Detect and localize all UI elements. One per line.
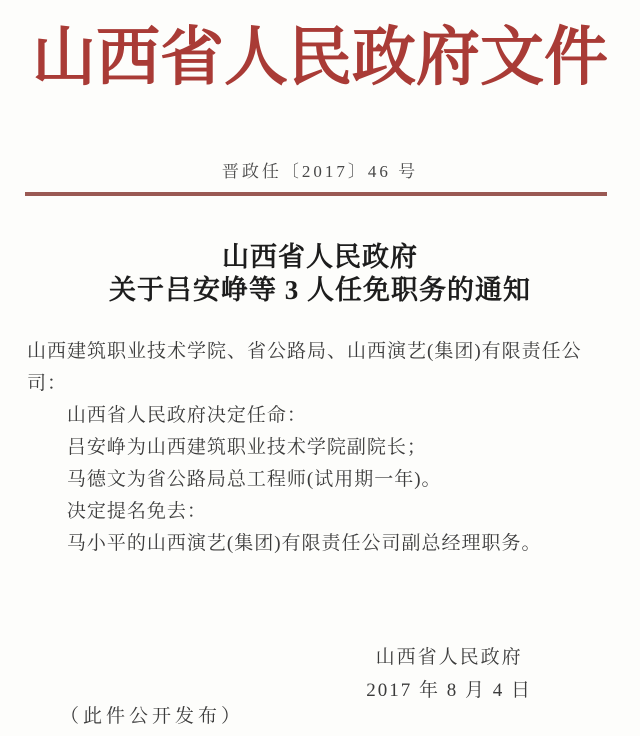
signature-block: 山西省人民政府 2017 年 8 月 4 日	[366, 641, 532, 707]
document-page: 山西省人民政府文件 晋政任〔2017〕46 号 山西省人民政府 关于吕安峥等 3…	[0, 0, 640, 736]
body-paragraph-appointment-intro: 山西省人民政府决定任命：	[27, 400, 615, 432]
signature-date: 2017 年 8 月 4 日	[366, 674, 532, 707]
body-paragraph-appointment-1: 吕安峥为山西建筑职业技术学院副院长；	[27, 432, 615, 464]
document-title: 山西省人民政府 关于吕安峥等 3 人任免职务的通知	[0, 241, 640, 307]
document-title-line2: 关于吕安峥等 3 人任免职务的通知	[0, 274, 640, 307]
red-divider-line	[25, 192, 607, 196]
document-number: 晋政任〔2017〕46 号	[0, 157, 640, 182]
signature-organization: 山西省人民政府	[366, 641, 532, 674]
footer-public-release-note: （此件公开发布）	[60, 701, 244, 728]
body-paragraph-removal-intro: 决定提名免去：	[27, 496, 615, 528]
body-paragraph-salutation: 山西建筑职业技术学院、省公路局、山西演艺(集团)有限责任公司：	[27, 336, 615, 400]
document-body: 山西建筑职业技术学院、省公路局、山西演艺(集团)有限责任公司： 山西省人民政府决…	[27, 336, 615, 560]
document-title-line1: 山西省人民政府	[0, 241, 640, 274]
document-header-title: 山西省人民政府文件	[0, 6, 640, 98]
body-paragraph-removal-1: 马小平的山西演艺(集团)有限责任公司副总经理职务。	[27, 528, 615, 560]
body-paragraph-appointment-2: 马德文为省公路局总工程师(试用期一年)。	[27, 464, 615, 496]
